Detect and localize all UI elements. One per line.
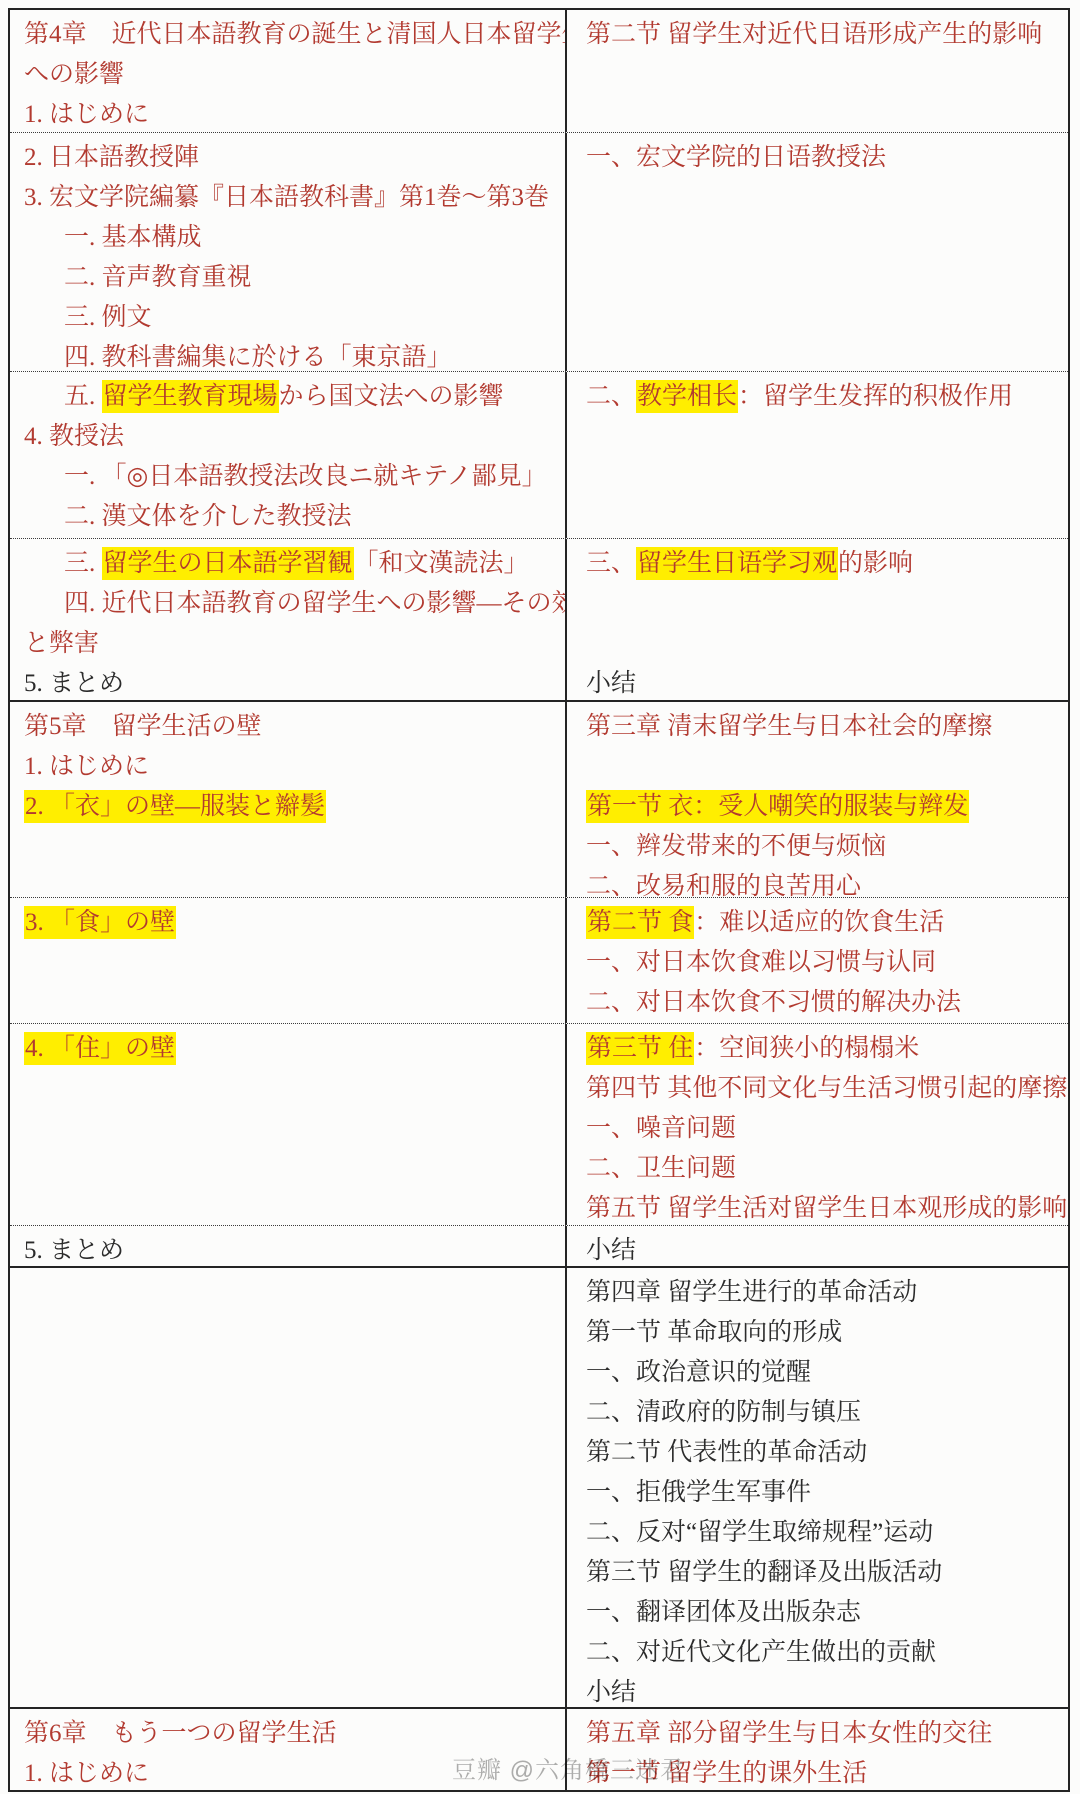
text-segment: 第二节 代表性的革命活动	[586, 1439, 867, 1466]
right-cell: 小结	[567, 1226, 1068, 1266]
text-segment: 五.	[64, 383, 102, 410]
text-line: 4. 教授法	[24, 417, 561, 457]
text-segment: 第五节 留学生活对留学生日本观形成的影响	[586, 1195, 1067, 1222]
text-segment: 第四章 留学生进行的革命活动	[586, 1279, 917, 1306]
text-segment: への影響	[24, 61, 124, 88]
highlight: 第二节 食	[586, 906, 694, 939]
highlight: 第三节 住	[586, 1032, 694, 1065]
right-cell: 一、宏文学院的日语教授法	[567, 133, 1068, 371]
text-segment: 一、噪音问题	[586, 1115, 736, 1142]
text-segment: 一、翻译团体及出版杂志	[586, 1599, 861, 1626]
right-cell: 第三章 清末留学生与日本社会的摩擦第一节 衣：受人嘲笑的服装与辫发一、辫发带来的…	[567, 702, 1068, 897]
text-segment: 二、卫生问题	[586, 1155, 736, 1182]
text-segment: ：留学生发挥的积极作用	[738, 383, 1013, 410]
highlight: 留学生教育現場	[102, 380, 279, 413]
text-line: 一、宏文学院的日语教授法	[586, 138, 1064, 178]
highlight: 留学生の日本語学習観	[102, 547, 354, 580]
text-line: と弊害	[24, 624, 561, 664]
table-row: 4. 「住」の壁第三节 住：空间狭小的榻榻米第四节 其他不同文化与生活习惯引起的…	[10, 1024, 1068, 1226]
right-cell: 第三节 住：空间狭小的榻榻米第四节 其他不同文化与生活习惯引起的摩擦一、噪音问题…	[567, 1024, 1068, 1225]
text-line: 二、卫生问题	[586, 1149, 1064, 1189]
text-line: 第一节 革命取向的形成	[586, 1313, 1064, 1353]
text-segment: 第二节 留学生对近代日语形成产生的影响	[586, 21, 1042, 48]
text-line: 第三章 清末留学生与日本社会的摩擦	[586, 707, 1064, 747]
text-segment: 二. 漢文体を介した教授法	[64, 503, 352, 530]
text-segment: 二、	[586, 383, 636, 410]
text-segment: 的影响	[838, 550, 913, 577]
highlight: 2. 「衣」の壁—服装と辮髪	[24, 790, 326, 823]
text-segment: 一. 「◎日本語教授法改良ニ就キテノ鄙見」	[64, 463, 547, 490]
highlight: 教学相长	[636, 380, 738, 413]
text-segment: 一. 基本構成	[64, 224, 202, 251]
text-line: 3. 「食」の壁	[24, 903, 561, 943]
text-line: 第二节 食：难以适应的饮食生活	[586, 903, 1064, 943]
text-line: 第三节 住：空间狭小的榻榻米	[586, 1029, 1064, 1069]
text-segment: 1. はじめに	[24, 101, 149, 128]
text-line: 第三节 留学生的翻译及出版活动	[586, 1553, 1064, 1593]
highlight: 4. 「住」の壁	[24, 1032, 176, 1065]
text-line: 4. 「住」の壁	[24, 1029, 561, 1069]
text-line: 1. はじめに	[24, 747, 561, 787]
text-segment: 第四节 其他不同文化与生活习惯引起的摩擦	[586, 1075, 1067, 1102]
table-row: 5. まとめ小结	[10, 1226, 1068, 1268]
text-line: 一、辫发带来的不便与烦恼	[586, 827, 1064, 867]
text-line: 第6章 もう一つの留学生活	[24, 1714, 561, 1754]
text-line: 五. 留学生教育現場から国文法への影響	[24, 377, 561, 417]
table-row: 第4章 近代日本語教育の誕生と清国人日本留学生への影響1. はじめに第二节 留学…	[10, 10, 1068, 133]
text-line: 第四章 留学生进行的革命活动	[586, 1273, 1064, 1313]
text-segment: 二、改易和服的良苦用心	[586, 873, 861, 897]
text-segment: 小结	[586, 670, 636, 697]
text-line: 一、噪音问题	[586, 1109, 1064, 1149]
text-line: 第五章 部分留学生与日本女性的交往	[586, 1714, 1064, 1754]
table-row: 2. 日本語教授陣3. 宏文学院編纂『日本語教科書』第1巻～第3巻一. 基本構成…	[10, 133, 1068, 372]
text-line: 三. 例文	[24, 298, 561, 338]
table-row: 第5章 留学生活の壁1. はじめに2. 「衣」の壁—服装と辮髪第三章 清末留学生…	[10, 702, 1068, 898]
text-segment: 第三章 清末留学生与日本社会的摩擦	[586, 713, 992, 740]
text-segment: 一、拒俄学生军事件	[586, 1479, 811, 1506]
text-line: 小结	[586, 1231, 1064, 1266]
left-cell: 3. 「食」の壁	[10, 898, 567, 1023]
text-segment: 第五章 部分留学生与日本女性的交往	[586, 1720, 992, 1747]
text-line: 2. 日本語教授陣	[24, 138, 561, 178]
text-segment: から国文法への影響	[279, 383, 504, 410]
text-segment: 小结	[586, 1237, 636, 1264]
text-segment: 一、辫发带来的不便与烦恼	[586, 833, 886, 860]
text-line: 一、对日本饮食难以习惯与认同	[586, 943, 1064, 983]
text-segment: 四. 教科書編集に於ける「東京語」	[64, 344, 452, 371]
watermark: 豆瓣 @六角橋三迷君	[452, 1750, 685, 1785]
toc-table: 第4章 近代日本語教育の誕生と清国人日本留学生への影響1. はじめに第二节 留学…	[8, 8, 1070, 1792]
text-segment: 三. 例文	[64, 304, 152, 331]
text-segment: 「和文漢読法」	[354, 550, 529, 577]
left-cell: 五. 留学生教育現場から国文法への影響4. 教授法一. 「◎日本語教授法改良ニ就…	[10, 372, 567, 538]
text-segment: 1. はじめに	[24, 1760, 149, 1787]
text-segment: 第一节 革命取向的形成	[586, 1319, 842, 1346]
text-line: 二、对日本饮食不习惯的解决办法	[586, 983, 1064, 1023]
highlight: 第一节 衣：受人嘲笑的服装与辫发	[586, 790, 969, 823]
text-segment: 一、对日本饮食难以习惯与认同	[586, 949, 936, 976]
text-line: 第四节 其他不同文化与生活习惯引起的摩擦	[586, 1069, 1064, 1109]
table-row: 第四章 留学生进行的革命活动第一节 革命取向的形成一、政治意识的觉醒二、清政府的…	[10, 1268, 1068, 1709]
text-line: 二、反对“留学生取缔规程”运动	[586, 1513, 1064, 1553]
text-line: 一. 基本構成	[24, 218, 561, 258]
text-line: 二、对近代文化产生做出的贡献	[586, 1633, 1064, 1673]
text-segment: 4. 教授法	[24, 423, 124, 450]
text-line: 3. 宏文学院編纂『日本語教科書』第1巻～第3巻	[24, 178, 561, 218]
text-line: 一、政治意识的觉醒	[586, 1353, 1064, 1393]
text-line: 一、翻译团体及出版杂志	[586, 1593, 1064, 1633]
left-cell: 第5章 留学生活の壁1. はじめに2. 「衣」の壁—服装と辮髪	[10, 702, 567, 897]
right-cell: 二、教学相长：留学生发挥的积极作用	[567, 372, 1068, 538]
text-line: 二、清政府的防制与镇压	[586, 1393, 1064, 1433]
text-line: 四. 教科書編集に於ける「東京語」	[24, 338, 561, 371]
text-line	[586, 747, 1064, 787]
text-line: 第二节 代表性的革命活动	[586, 1433, 1064, 1473]
text-segment: 1. はじめに	[24, 753, 149, 780]
text-segment: 二、清政府的防制与镇压	[586, 1399, 861, 1426]
text-line: 5. まとめ	[24, 1231, 561, 1266]
highlight: 留学生日语学习观	[636, 547, 838, 580]
table-row: 五. 留学生教育現場から国文法への影響4. 教授法一. 「◎日本語教授法改良ニ就…	[10, 372, 1068, 539]
text-segment: 二、对日本饮食不习惯的解决办法	[586, 989, 961, 1016]
text-segment: 第6章 もう一つの留学生活	[24, 1720, 337, 1747]
text-segment: 四. 近代日本語教育の留学生への影響—その効果	[64, 590, 567, 617]
text-line	[586, 624, 1064, 664]
table-row: 三. 留学生の日本語学習観「和文漢読法」四. 近代日本語教育の留学生への影響—そ…	[10, 539, 1068, 702]
text-line: 2. 「衣」の壁—服装と辮髪	[24, 787, 561, 827]
text-line: 二. 漢文体を介した教授法	[24, 497, 561, 537]
text-line: 1. はじめに	[24, 95, 561, 132]
text-line: 一. 「◎日本語教授法改良ニ就キテノ鄙見」	[24, 457, 561, 497]
text-line: 5. まとめ	[24, 664, 561, 700]
text-segment: 5. まとめ	[24, 1237, 124, 1264]
text-segment: 第三节 留学生的翻译及出版活动	[586, 1559, 942, 1586]
left-cell: 5. まとめ	[10, 1226, 567, 1266]
text-segment: 第5章 留学生活の壁	[24, 713, 262, 740]
right-cell: 第四章 留学生进行的革命活动第一节 革命取向的形成一、政治意识的觉醒二、清政府的…	[567, 1268, 1068, 1707]
text-segment: 3. 宏文学院編纂『日本語教科書』第1巻～第3巻	[24, 184, 549, 211]
right-cell: 第二节 留学生对近代日语形成产生的影响	[567, 10, 1068, 132]
left-cell: 4. 「住」の壁	[10, 1024, 567, 1225]
table-row: 3. 「食」の壁第二节 食：难以适应的饮食生活一、对日本饮食难以习惯与认同二、对…	[10, 898, 1068, 1024]
right-cell: 第二节 食：难以适应的饮食生活一、对日本饮食难以习惯与认同二、对日本饮食不习惯的…	[567, 898, 1068, 1023]
text-segment: 一、政治意识的觉醒	[586, 1359, 811, 1386]
left-cell: 2. 日本語教授陣3. 宏文学院編纂『日本語教科書』第1巻～第3巻一. 基本構成…	[10, 133, 567, 371]
text-line: 第二节 留学生对近代日语形成产生的影响	[586, 15, 1064, 55]
highlight: 3. 「食」の壁	[24, 906, 176, 939]
text-line: 小结	[586, 1673, 1064, 1707]
text-line: 三、留学生日语学习观的影响	[586, 544, 1064, 584]
text-segment: 三、	[586, 550, 636, 577]
text-segment: と弊害	[24, 630, 99, 657]
text-segment: 小结	[586, 1679, 636, 1706]
left-cell: 第4章 近代日本語教育の誕生と清国人日本留学生への影響1. はじめに	[10, 10, 567, 132]
text-line: 一、拒俄学生军事件	[586, 1473, 1064, 1513]
text-line: 第4章 近代日本語教育の誕生と清国人日本留学生	[24, 15, 561, 55]
text-segment: 二、对近代文化产生做出的贡献	[586, 1639, 936, 1666]
text-segment: ：空间狭小的榻榻米	[694, 1035, 919, 1062]
text-segment: 第4章 近代日本語教育の誕生と清国人日本留学生	[24, 21, 567, 48]
text-line: 二、教学相长：留学生发挥的积极作用	[586, 377, 1064, 417]
text-line: 二、改易和服的良苦用心	[586, 867, 1064, 897]
text-segment: 5. まとめ	[24, 670, 124, 697]
left-cell	[10, 1268, 567, 1707]
text-line: 四. 近代日本語教育の留学生への影響—その効果	[24, 584, 561, 624]
text-line	[586, 584, 1064, 624]
text-line: 二. 音声教育重視	[24, 258, 561, 298]
text-line: 小结	[586, 664, 1064, 700]
left-cell: 三. 留学生の日本語学習観「和文漢読法」四. 近代日本語教育の留学生への影響—そ…	[10, 539, 567, 700]
text-line: 第一节 衣：受人嘲笑的服装与辫发	[586, 787, 1064, 827]
text-segment: ：难以适应的饮食生活	[694, 909, 944, 936]
text-line: 第五节 留学生活对留学生日本观形成的影响	[586, 1189, 1064, 1225]
text-segment: 二、反对“留学生取缔规程”运动	[586, 1519, 933, 1546]
text-segment: 二. 音声教育重視	[64, 264, 252, 291]
text-line: への影響	[24, 55, 561, 95]
text-segment: 一、宏文学院的日语教授法	[586, 144, 886, 171]
page: 第4章 近代日本語教育の誕生と清国人日本留学生への影響1. はじめに第二节 留学…	[0, 0, 1080, 1794]
text-segment: 2. 日本語教授陣	[24, 144, 199, 171]
text-line: 三. 留学生の日本語学習観「和文漢読法」	[24, 544, 561, 584]
text-line: 第5章 留学生活の壁	[24, 707, 561, 747]
text-segment: 三.	[64, 550, 102, 577]
right-cell: 三、留学生日语学习观的影响小结	[567, 539, 1068, 700]
